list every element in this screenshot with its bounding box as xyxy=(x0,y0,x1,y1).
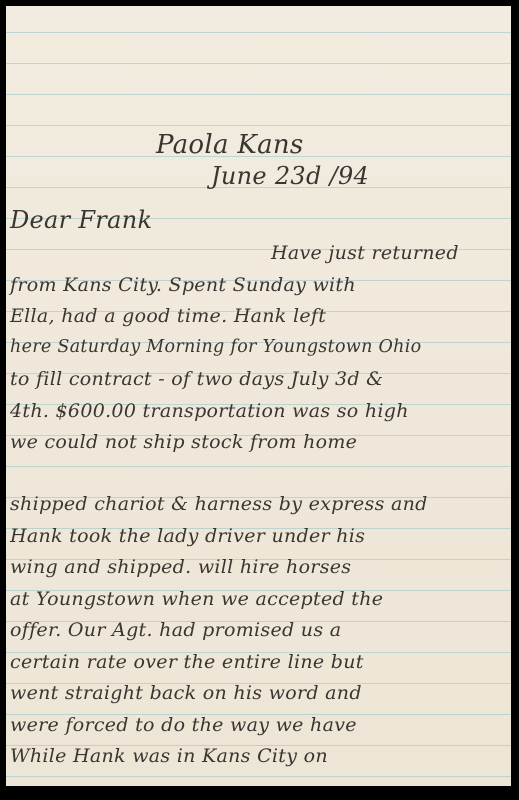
body-line: at Youngstown when we accepted the xyxy=(10,588,383,610)
body-line: went straight back on his word and xyxy=(10,682,362,704)
body-line: While Hank was in Kans City on xyxy=(10,745,328,767)
body-line: were forced to do the way we have xyxy=(10,714,357,736)
body-line: Hank took the lady driver under his xyxy=(10,525,365,547)
letter-date: June 23d /94 xyxy=(211,162,369,190)
letter-place: Paola Kans xyxy=(156,130,304,160)
body-line: certain rate over the entire line but xyxy=(10,651,364,673)
body-line: Ella, had a good time. Hank left xyxy=(10,305,326,327)
body-line: here Saturday Morning for Youngstown Ohi… xyxy=(10,337,421,357)
body-line: 4th. $600.00 transportation was so high xyxy=(10,400,409,422)
body-line: to fill contract - of two days July 3d & xyxy=(10,368,383,390)
salutation: Dear Frank xyxy=(10,206,152,234)
body-line: offer. Our Agt. had promised us a xyxy=(10,619,341,641)
body-line: from Kans City. Spent Sunday with xyxy=(10,274,356,296)
body-line: wing and shipped. will hire horses xyxy=(10,556,351,578)
body-line: we could not ship stock from home xyxy=(10,431,357,453)
body-line: shipped chariot & harness by express and xyxy=(10,493,428,515)
body-line: Have just returned xyxy=(271,242,459,264)
letter-page: Paola Kans June 23d /94 Dear Frank Have … xyxy=(6,6,511,786)
